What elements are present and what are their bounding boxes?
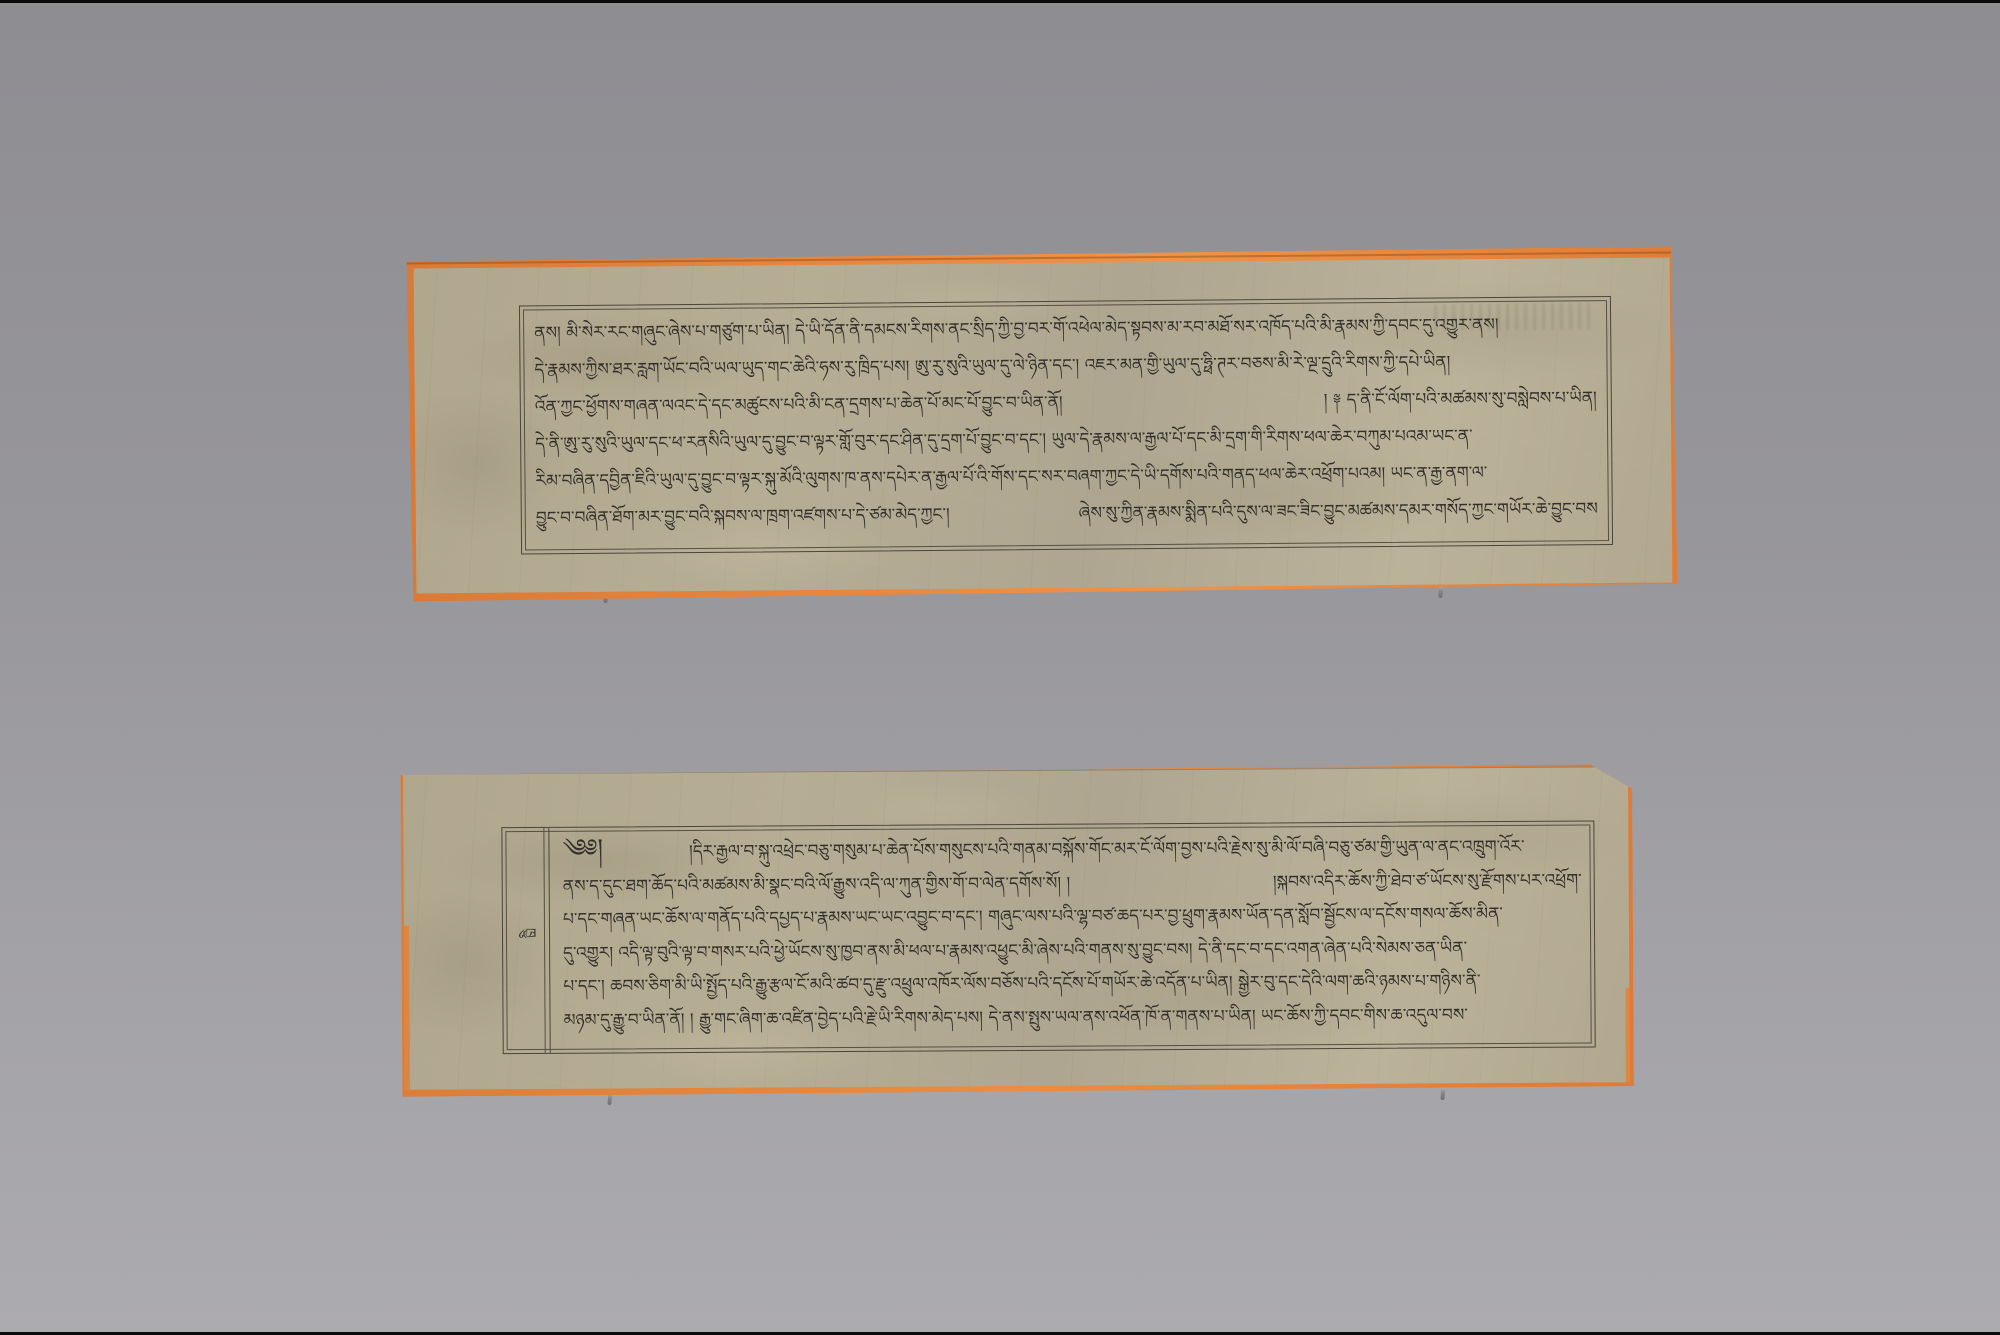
- folio-bottom: ཁྱུ ༄༅། །དིར་རྒྱལ་བ་སྐུ་འཕྲེང་བཅུ་གསུམ་པ…: [398, 764, 1634, 1097]
- text-frame: ཁྱུ ༄༅། །དིར་རྒྱལ་བ་སྐུ་འཕྲེང་བཅུ་གསུམ་པ…: [501, 820, 1595, 1054]
- text-segment: འོན་ཀྱང་ཕྱོགས་གཞན་ལའང་དེ་དང་མཚུངས་པའི་མི…: [535, 388, 1063, 423]
- text-segment: ནས། མི་སེར་རང་གཞུང་ཞེས་པ་གཙུག་པ་ཡིན། དེ་…: [534, 310, 1499, 348]
- folio-bottom-paper: ཁྱུ ༄༅། །དིར་རྒྱལ་བ་སྐུ་འཕྲེང་བཅུ་གསུམ་པ…: [403, 766, 1630, 1089]
- photo-background: { "scene": { "description": "Photograph …: [0, 0, 2000, 1335]
- text-segment-section-start: །སྐབས་འདིར་ཆོས་ཀྱི་ཐེབ་ཙ་ཡོངས་སུ་རྫོགས་པ…: [1273, 866, 1582, 897]
- text-segment: ཞེས་སུ་ཀྱིན་རྣམས་སྨིན་པའི་དུས་ལ་ཟང་ཟིང་བ…: [1078, 494, 1597, 529]
- painted-edge: [1625, 988, 1630, 1083]
- text-frame: ནས། མི་སེར་རང་གཞུང་ཞེས་པ་གཙུག་པ་ཡིན། དེ་…: [519, 296, 1613, 555]
- text-line: མཉམ་དུ་རྒྱུ་བ་ཡིན་ནོ། ། རྒྱུ་གང་ཞིག་ཆ་འཛ…: [563, 1000, 1582, 1040]
- text-line: བྱུང་བ་བཞིན་ཐོག་མར་བྱུང་བའི་སྐབས་ལ་ཁྲག་འ…: [536, 494, 1598, 540]
- text-segment: མཉམ་དུ་རྒྱུ་བ་ཡིན་ནོ། ། རྒྱུ་གང་ཞིག་ཆ་འཛ…: [563, 1001, 1467, 1036]
- text-segment: པ་དང་གཞན་ཡང་ཆོས་ལ་གནོད་པའི་དཔྱད་པ་རྣམས་ཡ…: [563, 900, 1503, 935]
- text-block: ནས། མི་སེར་རང་གཞུང་ཞེས་པ་གཙུག་པ་ཡིན། དེ་…: [534, 309, 1598, 543]
- text-segment: དུ་འགྱུར། འདི་ལྟ་བུའི་ལྟ་བ་གསར་པའི་ཕྱེ་ཡ…: [563, 934, 1467, 969]
- folio-top: ནས། མི་སེར་རང་གཞུང་ཞེས་པ་གཙུག་པ་ཡིན། དེ་…: [407, 246, 1678, 601]
- folio-top-paper: ནས། མི་སེར་རང་གཞུང་ཞེས་པ་གཙུག་པ་ཡིན། དེ་…: [414, 258, 1673, 594]
- yig-mgo-mark: ༄༅།: [562, 836, 603, 862]
- margin-column: ཁྱུ: [502, 828, 550, 1053]
- photo-top-edge-line: [0, 0, 2000, 3]
- text-segment: པ་དང་། ཆབས་ཅིག་མི་ཡི་སྤྱོད་པའི་རྒྱུ་རྩལ་…: [563, 967, 1480, 1002]
- text-segment: ནས་ད་དུང་ཐག་ཆོད་པའི་མཚམས་མི་སྣང་བའི་ལོ་ར…: [563, 869, 1071, 901]
- text-segment: །དིར་རྒྱལ་བ་སྐུ་འཕྲེང་བཅུ་གསུམ་པ་ཆེན་པོས…: [689, 833, 1525, 867]
- margin-label: ཁྱུ: [507, 928, 547, 968]
- painted-edge: [404, 926, 410, 1090]
- text-segment-section-start: ། ༈ ད་ནི་ངོ་ལོག་པའི་མཚམས་སུ་བསླེབས་པ་ཡིན…: [1324, 383, 1597, 415]
- text-block: ༄༅། །དིར་རྒྱལ་བ་སྐུ་འཕྲེང་བཅུ་གསུམ་པ་ཆེན…: [562, 833, 1582, 1044]
- text-segment: བྱུང་བ་བཞིན་ཐོག་མར་བྱུང་བའི་སྐབས་ལ་ཁྲག་འ…: [536, 500, 950, 534]
